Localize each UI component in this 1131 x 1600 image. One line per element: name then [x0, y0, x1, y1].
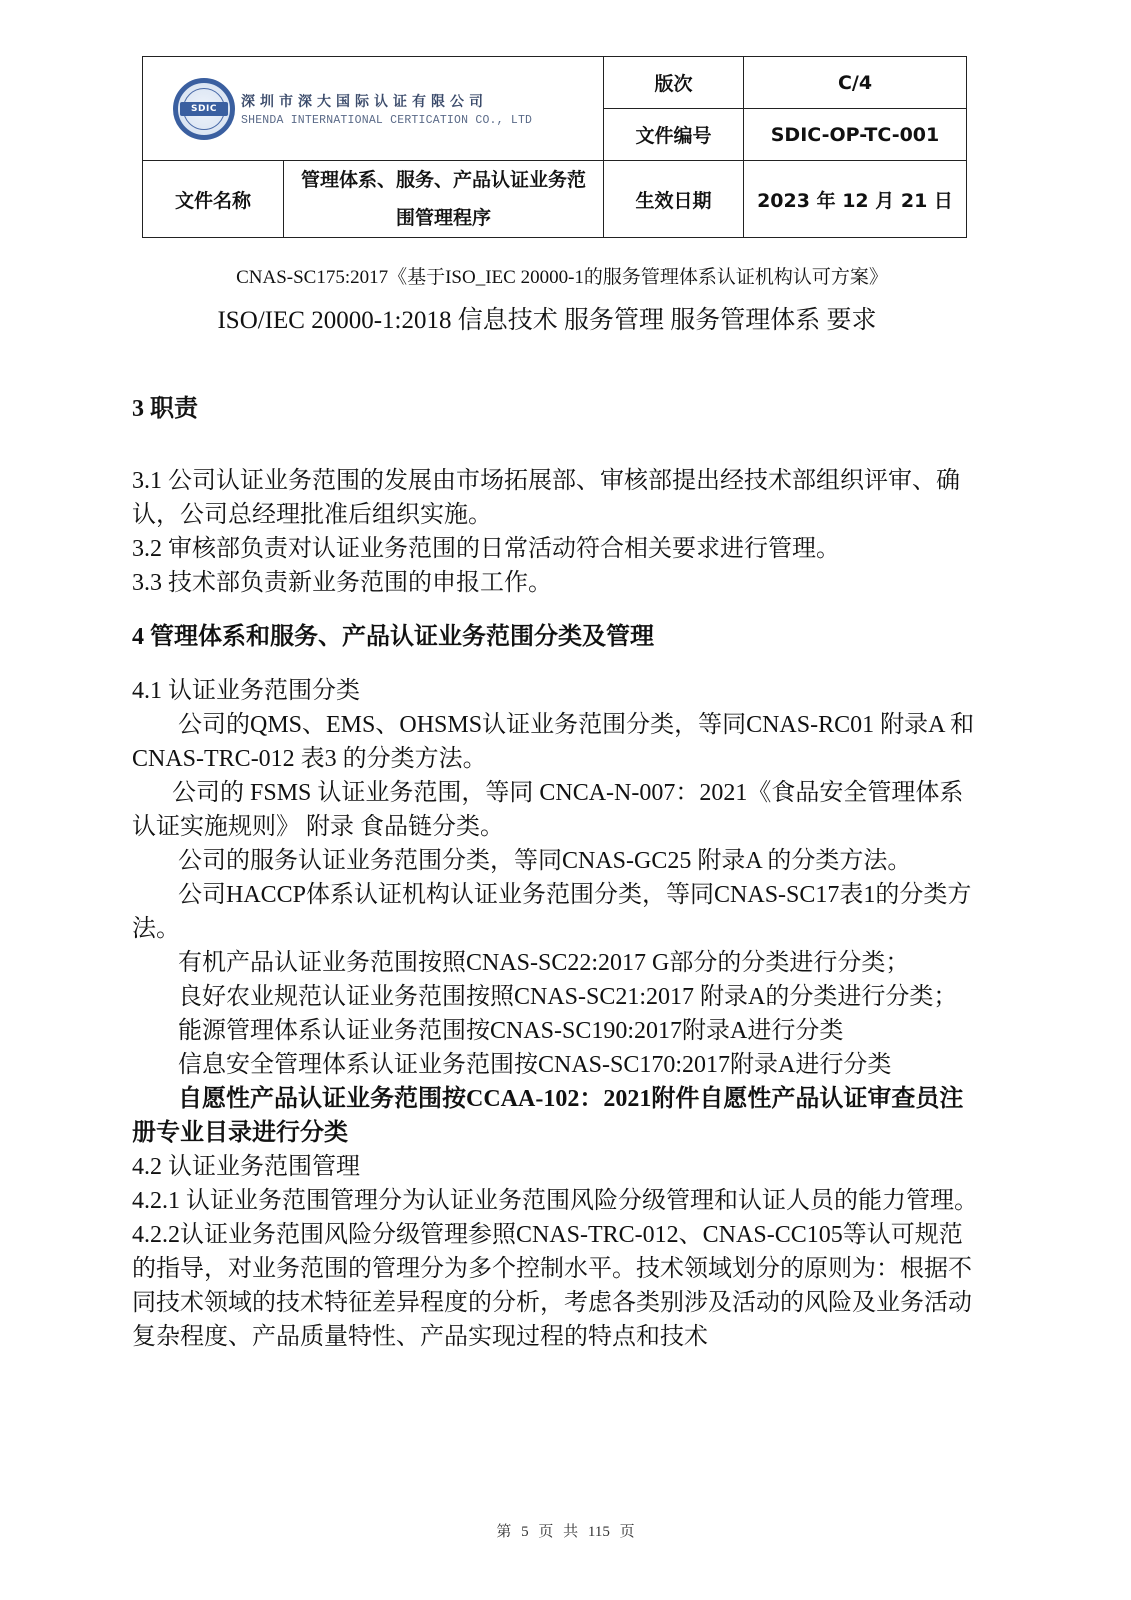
- page-number: 第 5 页 共 115 页: [0, 1520, 1131, 1541]
- reference-line-2: ISO/IEC 20000-1:2018 信息技术 服务管理 服务管理体系 要求: [142, 300, 952, 336]
- section-3-1: 3.1 公司认证业务范围的发展由市场拓展部、审核部提出经技术部组织评审、确认，公…: [132, 464, 982, 532]
- logo-badge-text: SDIC: [180, 102, 228, 116]
- doc-number-value: SDIC-OP-TC-001: [744, 109, 967, 161]
- section-4-1-para-haccp: 公司HACCP体系认证机构认证业务范围分类，等同CNAS-SC17表1的分类方法…: [132, 878, 982, 946]
- section-4-1-para-qms: 公司的QMS、EMS、OHSMS认证业务范围分类，等同CNAS-RC01 附录A…: [132, 708, 982, 776]
- section-4-2-heading: 4.2 认证业务范围管理: [132, 1150, 982, 1184]
- document-body: 3 职责 3.1 公司认证业务范围的发展由市场拓展部、审核部提出经技术部组织评审…: [132, 392, 982, 1354]
- doc-name-line-1: 管理体系、服务、产品认证业务范: [284, 161, 603, 199]
- section-4-2-2: 4.2.2认证业务范围风险分级管理参照CNAS-TRC-012、CNAS-CC1…: [132, 1218, 982, 1354]
- doc-number-label: 文件编号: [604, 109, 744, 161]
- section-4-1-para-organic: 有机产品认证业务范围按照CNAS-SC22:2017 G部分的分类进行分类；: [132, 946, 982, 980]
- section-3-2: 3.2 审核部负责对认证业务范围的日常活动符合相关要求进行管理。: [132, 532, 982, 566]
- company-name-cn: 深圳市深大国际认证有限公司: [241, 91, 532, 111]
- company-logo-cell: SDIC 深圳市深大国际认证有限公司 SHENDA INTERNATIONAL …: [143, 57, 604, 161]
- section-4-1-para-energy: 能源管理体系认证业务范围按CNAS-SC190:2017附录A进行分类: [132, 1014, 982, 1048]
- version-value: C/4: [744, 57, 967, 109]
- version-label: 版次: [604, 57, 744, 109]
- globe-logo-icon: SDIC: [173, 78, 235, 140]
- section-4-heading: 4 管理体系和服务、产品认证业务范围分类及管理: [132, 620, 982, 654]
- reference-line-1: CNAS-SC175:2017《基于ISO_IEC 20000-1的服务管理体系…: [142, 262, 982, 289]
- section-3-3: 3.3 技术部负责新业务范围的申报工作。: [132, 566, 982, 600]
- doc-name-value: 管理体系、服务、产品认证业务范 围管理程序: [284, 161, 604, 238]
- section-4-1-heading: 4.1 认证业务范围分类: [132, 674, 982, 708]
- section-4-2-1: 4.2.1 认证业务范围管理分为认证业务范围风险分级管理和认证人员的能力管理。: [132, 1184, 982, 1218]
- section-4-1-para-voluntary: 自愿性产品认证业务范围按CCAA-102：2021附件自愿性产品认证审查员注册专…: [132, 1082, 982, 1150]
- company-name-en: SHENDA INTERNATIONAL CERTICATION CO., LT…: [241, 114, 532, 127]
- section-4-1-para-fsms: 公司的 FSMS 认证业务范围，等同 CNCA-N-007：2021《食品安全管…: [132, 776, 982, 844]
- document-header-table: SDIC 深圳市深大国际认证有限公司 SHENDA INTERNATIONAL …: [142, 56, 967, 238]
- doc-name-line-2: 围管理程序: [284, 199, 603, 237]
- doc-name-label: 文件名称: [143, 161, 284, 238]
- effective-date-label: 生效日期: [604, 161, 744, 238]
- section-4-1-para-service: 公司的服务认证业务范围分类，等同CNAS-GC25 附录A 的分类方法。: [132, 844, 982, 878]
- company-logo: SDIC 深圳市深大国际认证有限公司 SHENDA INTERNATIONAL …: [143, 78, 603, 140]
- section-4-1-para-gap: 良好农业规范认证业务范围按照CNAS-SC21:2017 附录A的分类进行分类；: [132, 980, 982, 1014]
- effective-date-value: 2023 年 12 月 21 日: [744, 161, 967, 238]
- section-3-heading: 3 职责: [132, 392, 982, 426]
- section-4-1-para-infosec: 信息安全管理体系认证业务范围按CNAS-SC170:2017附录A进行分类: [132, 1048, 982, 1082]
